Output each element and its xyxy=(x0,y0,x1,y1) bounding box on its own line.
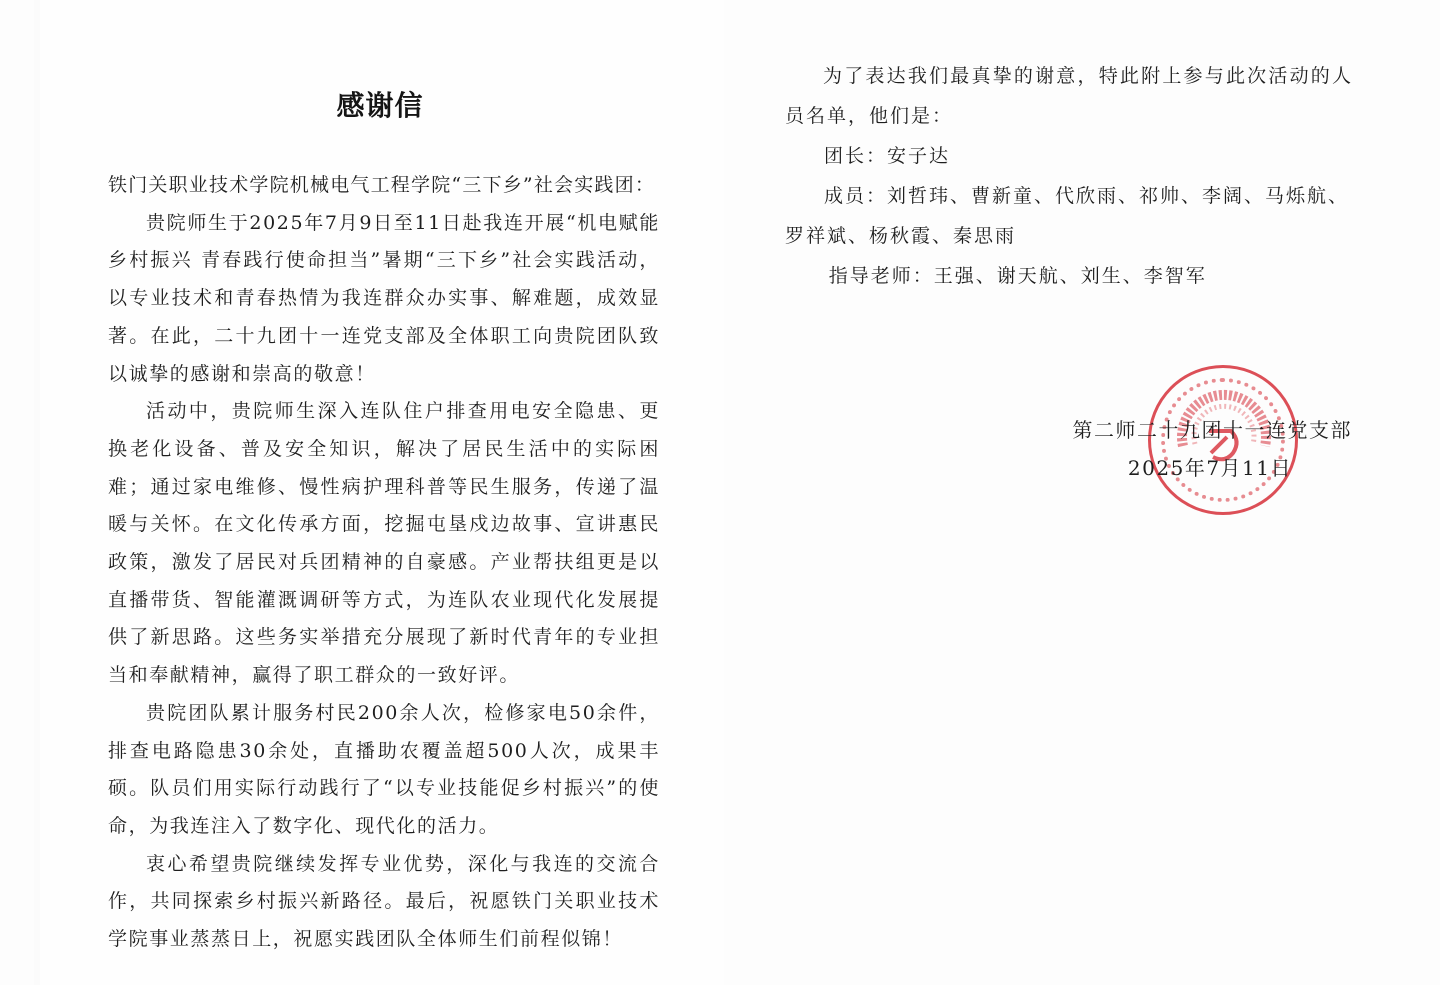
signature-block: 第二师二十九团十一连党支部 2025年7月11日 xyxy=(1073,411,1353,487)
members-names-1: 刘哲玮、曹新童、代欣雨、祁帅、李阔、马烁航、 xyxy=(887,185,1349,207)
signing-organization: 第二师二十九团十一连党支部 xyxy=(1073,411,1353,449)
paragraph-activities: 活动中，贵院师生深入连队住户排查用电安全隐患、更换老化设备、普及安全知识，解决了… xyxy=(108,393,660,695)
letter-title: 感谢信 xyxy=(34,84,726,124)
leader-label: 团长： xyxy=(824,145,887,167)
paragraph-intro: 贵院师生于2025年7月9日至11日赴我连开展“机电赋能乡村振兴 青春践行使命担… xyxy=(108,205,660,394)
members-names-2: 罗祥斌、杨秋霞、秦思雨 xyxy=(785,225,1016,247)
advisors-line: 指导老师：王强、谢天航、刘生、李智军 xyxy=(785,256,1353,296)
salutation: 铁门关职业技术学院机械电气工程学院“三下乡”社会实践团： xyxy=(108,167,660,205)
members-line-continued: 罗祥斌、杨秋霞、秦思雨 xyxy=(785,216,1353,256)
letter-page-left: 感谢信 铁门关职业技术学院机械电气工程学院“三下乡”社会实践团： 贵院师生于20… xyxy=(34,0,724,985)
signing-date: 2025年7月11日 xyxy=(1073,449,1293,487)
scan-edge xyxy=(34,0,40,985)
letter-body: 铁门关职业技术学院机械电气工程学院“三下乡”社会实践团： 贵院师生于2025年7… xyxy=(108,167,660,959)
list-intro: 为了表达我们最真挚的谢意，特此附上参与此次活动的人员名单，他们是： xyxy=(785,56,1353,136)
team-leader-line: 团长：安子达 xyxy=(785,136,1353,176)
members-line: 成员：刘哲玮、曹新童、代欣雨、祁帅、李阔、马烁航、 xyxy=(785,176,1353,216)
members-label: 成员： xyxy=(824,185,887,207)
paragraph-closing: 衷心希望贵院继续发挥专业优势，深化与我连的交流合作，共同探索乡村振兴新路径。最后… xyxy=(108,846,660,959)
paragraph-results: 贵院团队累计服务村民200余人次，检修家电50余件，排查电路隐患30余处，直播助… xyxy=(108,695,660,846)
advisors-names: 王强、谢天航、刘生、李智军 xyxy=(934,265,1207,287)
participant-list: 为了表达我们最真挚的谢意，特此附上参与此次活动的人员名单，他们是： 团长：安子达… xyxy=(785,56,1353,296)
advisors-label: 指导老师： xyxy=(829,265,934,287)
leader-name: 安子达 xyxy=(887,145,950,167)
letter-page-right: 为了表达我们最真挚的谢意，特此附上参与此次活动的人员名单，他们是： 团长：安子达… xyxy=(740,0,1440,985)
